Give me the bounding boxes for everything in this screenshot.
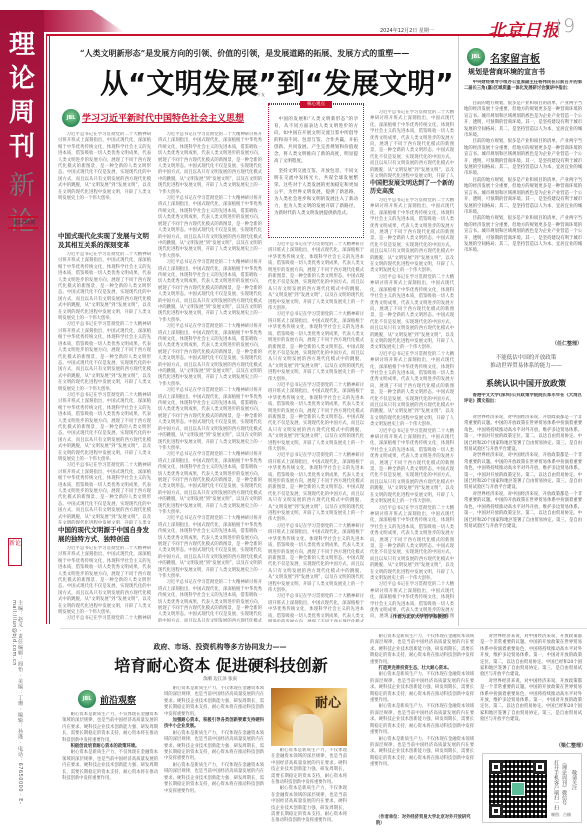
sidebar-headline: 规划是营商环境的宣言书 <box>468 67 545 77</box>
qr-logo-icon <box>511 782 525 796</box>
sidebar-section-label: 名家留言板 <box>490 50 540 65</box>
feature-headline: 系统认识中国开放政策 <box>470 378 582 389</box>
lower-headline: 培育耐心资本 促进硬科技创新 <box>86 653 356 676</box>
paragraph: 习近平总书记在学习贯彻党的二十大精神研讨班开班式上深刻指出，中国式现代化，深深植… <box>268 594 364 622</box>
frame-line <box>46 34 47 624</box>
paragraph: 习近平总书记在学习贯彻党的二十大精神研讨班开班式上深刻指出，中国式现代化，深深植… <box>158 516 262 580</box>
quote-paragraph: 中国的发展和“人类文明新形态”的孕育，从不同方面表达人类文明进步的方向，如中国在… <box>274 116 358 165</box>
lead-column-4-top: 习近平总书记在学习贯彻党的二十大精神研讨班开班式上深刻指出，中国式现代化，深深植… <box>370 110 454 180</box>
paragraph: 习近平总书记在学习贯彻党的二十大精神研讨班开班式上深刻指出，中国式现代化，深深植… <box>268 312 364 382</box>
paragraph: 耐心资本是新质生产力，不仅体现在金融资本领域的深层规律，也是当前中国经济高质量发… <box>370 672 474 704</box>
feature-kicker: 不能低估中国的开放政策 推动世界贸易体系的能力—— <box>470 354 582 370</box>
paragraph: 习近平总书记在学习贯彻党的二十大精神研讨班开班式上深刻指出，中国式现代化，深深植… <box>370 352 454 429</box>
masthead-sub-char: 新 <box>6 168 38 204</box>
qr-designer: 制图：古楠 <box>551 812 571 818</box>
paragraph: 耐心资本是新质生产力，不仅体现在金融资本领域的深层规律，也是当前中国经济高质量发… <box>271 748 347 786</box>
paragraph: 对世界经济来说，对中国经济来说，开放政策都是一个非常重要的议题。中国的开放政策在… <box>464 415 582 453</box>
paragraph: 习近平总书记在学习贯彻党的二十大精神研讨班开班式上深刻指出，中国式现代化，深深植… <box>370 582 454 618</box>
lead-column-1: 习近平总书记在学习贯彻党的二十大精神研讨班开班式上深刻指出，中国式现代化，深深植… <box>58 252 151 524</box>
qr-text: 打开手机客户端扫一扫 <box>553 760 559 810</box>
paragraph: 习近平总书记在学习贯彻党的二十大精神研讨班开班式上深刻指出，中国式现代化，深深植… <box>58 252 151 322</box>
paragraph: 习近平总书记在学习贯彻党的二十大精神研讨班开班式上深刻指出，中国式现代化，深深植… <box>158 452 262 516</box>
paragraph: 习近平总书记在学习贯彻党的二十大精神研讨班开班式上深刻指出，中国式现代化，深深植… <box>370 110 454 180</box>
paragraph: 耐心资本是新质生产力，不仅体现在金融资本领域的深层规律，也是当前中国经济高质量发… <box>164 686 264 718</box>
paragraph: 目前的地方规划，很多是产业和项目的清单，产业两字当地的经济发展十分重要，但地方的… <box>464 178 582 216</box>
lower-column-2: 耐心资本是新质生产力，不仅体现在金融资本领域的深层规律，也是当前中国经济高质量发… <box>164 686 264 830</box>
paragraph: 习近平总书记在学习贯彻党的二十大精神研讨班开班式上深刻指出，中国式现代化，深深植… <box>58 463 151 524</box>
lead-column-4: 习近平总书记在学习贯彻党的二十大精神研讨班开班式上深刻指出，中国式现代化，深深植… <box>370 198 454 618</box>
frame-line <box>49 34 50 624</box>
paragraph: 习近平总书记在学习贯彻党的二十大精神研讨班开班式上深刻指出，中国式现代化，深深植… <box>158 196 262 260</box>
sidebar-author-note: （任仁整理） <box>552 340 582 347</box>
sidebar-lead: 中央财经领导小组办公室原副主任杨伟民在日前召开的第二届长三角(嘉)区域质量一体化… <box>464 80 582 100</box>
lower-subhead-2: 加强耐心资本，积极引导各类创新要素支持硬科技中小企业发展。 <box>164 718 264 731</box>
paragraph: 习近平总书记在学习贯彻党的二十大精神研讨班开班式上深刻指出，中国式现代化，深深植… <box>58 616 151 622</box>
masthead-title: 理 论 周 刊 <box>6 28 38 164</box>
paragraph: 对世界经济来说，对中国经济来说，开放政策都是一个非常重要的议题。中国的开放政策在… <box>464 453 582 491</box>
editor-credit: 主编：赵义 · 责任编辑：阎怡 · 美编：丁珊 · 编辑：孙瑾 · 电话：676… <box>14 600 24 820</box>
lead-author-note: （作者为北京大学哲学系教授） <box>388 614 451 620</box>
illustration-shape <box>293 714 323 746</box>
feature-kicker-line: 推动世界贸易体系的能力—— <box>470 362 582 370</box>
masthead-corner-ornament <box>44 10 124 32</box>
mingjia-logo-icon: JBL <box>467 48 485 66</box>
paragraph: 耐心资本是新质生产力，不仅体现在金融资本领域的深层规律，也是当前中国经济高质量发… <box>370 737 474 769</box>
paragraph: 耐心资本是新质生产力，不仅体现在金融资本领域的深层规律，也是当前中国经济高质量发… <box>62 712 158 744</box>
lead-subhead-3: 中国把发展文明达到了一个新的历史高度 <box>370 180 454 196</box>
paragraph: 目前的地方规划，很多是产业和项目的清单，产业两字当地的经济发展十分重要，但地方的… <box>464 216 582 254</box>
masthead-subtitle: 新 论 <box>6 168 38 240</box>
paragraph: 习近平总书记在学习贯彻党的二十大精神研讨班开班式上深刻指出，中国式现代化，深深植… <box>158 324 262 388</box>
page-divider <box>558 19 559 35</box>
paragraph: 耐心资本是新质生产力，不仅体现在金融资本领域的深层规律，也是当前中国经济高质量发… <box>271 786 347 824</box>
issue-rule-bottom <box>8 227 38 229</box>
paragraph: 耐心资本是新质生产力，不仅体现在金融资本领域的深层规律，也是当前中国经济高质量发… <box>164 731 264 763</box>
paragraph: 习近平总书记在学习贯彻党的二十大精神研讨班开班式上深刻指出，中国式现代化，深深植… <box>58 322 151 392</box>
paragraph: 习近平总书记在学习贯彻党的二十大精神研讨班开班式上深刻指出，中国式现代化，深深植… <box>58 132 151 202</box>
illustration-caption: 耐心 <box>315 692 341 711</box>
qr-text: 《理论周刊》微信号 <box>561 760 567 805</box>
illustration-image: 耐心 <box>271 688 347 746</box>
qr-code[interactable] <box>489 760 547 818</box>
paragraph: 习近平总书记在学习贯彻党的二十大精神研讨班开班式上深刻指出，中国式现代化，深深植… <box>158 260 262 324</box>
paragraph: 对世界经济来说，对中国经济来说，开放政策都是一个非常重要的议题。中国的开放政策在… <box>464 492 582 530</box>
feature-kicker-line: 不能低估中国的开放政策 <box>470 354 582 362</box>
paragraph: 习近平总书记在学习贯彻党的二十大精神研讨班开班式上深刻指出，中国式现代化，深深植… <box>58 393 151 463</box>
masthead-char: 论 <box>6 62 38 96</box>
page-number: 9 <box>563 15 575 37</box>
issue-rule-top <box>8 216 38 218</box>
frontier-logo-icon: JBL <box>78 690 96 708</box>
feature-body: 对世界经济来说，对中国经济来说，开放政策都是一个非常重要的议题。中国的开放政策在… <box>464 415 582 625</box>
paragraph: 中央财经领导小组办公室原副主任杨伟民在日前召开的第二届长三角(嘉)区域质量一体化… <box>464 80 582 93</box>
paragraph: 习近平总书记在学习贯彻党的二十大精神研讨班开班式上深刻指出，中国式现代化，深深植… <box>158 132 262 196</box>
lead-byline: 辛于友 <box>253 92 265 98</box>
paragraph: 对世界经济来说，对中国经济来说，开放政策都是一个非常重要的议题。中国的开放政策在… <box>480 679 582 724</box>
paragraph: 香港中文大学(深圳)公共政策学院院长郑永年在《大湾区评论》撰文指出： <box>464 393 582 406</box>
quote-tag: 核心观点 <box>300 101 332 108</box>
paragraph: 耐心资本是新质生产力，不仅体现在金融资本领域的深层规律，也是当前中国经济高质量发… <box>62 750 158 782</box>
lower-byline: 余潮 边江泽 张寅 <box>180 676 260 682</box>
sidebar-body: 目前的地方规划，很多是产业和项目的清单，产业两字当地的经济发展十分重要，但地方的… <box>464 101 582 341</box>
lead-intro: 习近平总书记在学习贯彻党的二十大精神研讨班开班式上深刻指出，中国式现代化，深深植… <box>58 132 151 232</box>
paragraph: 习近平总书记在学习贯彻党的二十大精神研讨班开班式上深刻指出，中国式现代化，深深植… <box>268 242 364 312</box>
lower-section-label: 前沿观察 <box>100 693 136 706</box>
paragraph: 习近平总书记在学习贯彻党的二十大精神研讨班开班式上深刻指出，中国式现代化，深深植… <box>268 383 364 453</box>
paragraph: 习近平总书记在学习贯彻党的二十大精神研讨班开班式上深刻指出，中国式现代化，深深植… <box>370 429 454 506</box>
core-quote-box: 中国的发展和“人类文明新形态”的孕育，从不同方面表达人类文明进步的方向，如中国在… <box>268 103 364 238</box>
quote-paragraph: 坚持文明交流互鉴，开放包容，不同文明在交流中发扬光大，共谋全球发展繁荣。这些对于… <box>274 168 358 217</box>
sidebar-feature-cont: 对世界经济来说，对中国经济来说，开放政策都是一个非常重要的议题。中国的开放政策在… <box>480 634 582 744</box>
sidebar-divider <box>458 36 459 626</box>
lead-subhead-2: 中国的现代文明源于中国自身发展的独特方式、独特创造 <box>58 526 151 544</box>
lower-kicker: 政府、市场、投资机构等多方协同发力—— <box>120 642 320 652</box>
paragraph: 目前的地方规划，很多是产业和项目的清单，产业两字当地的经济发展十分重要，但地方的… <box>464 101 582 139</box>
paragraph: 耐心资本是新质生产力，不仅体现在金融资本领域的深层规律，也是当前中国经济高质量发… <box>370 634 474 666</box>
qr-finder <box>489 804 503 818</box>
lower-author-note: （作者单位：对外经济贸易大学北京对外开放研究院） <box>376 814 476 826</box>
paragraph: 目前的地方规划，很多是产业和项目的清单，产业两字当地的经济发展十分重要，但地方的… <box>464 139 582 177</box>
issue-date: 2024年12月2日 星期一 <box>380 27 434 34</box>
lower-column-3: 耐心资本是新质生产力，不仅体现在金融资本领域的深层规律，也是当前中国经济高质量发… <box>271 748 347 830</box>
section-logo-icon: JBL <box>62 109 80 127</box>
lead-column-3: 习近平总书记在学习贯彻党的二十大精神研讨班开班式上深刻指出，中国式现代化，深深植… <box>268 242 364 622</box>
qr-finder <box>533 760 547 774</box>
lead-column-2: 习近平总书记在学习贯彻党的二十大精神研讨班开班式上深刻指出，中国式现代化，深深植… <box>158 132 262 622</box>
lead-column-1-cont: 习近平总书记在学习贯彻党的二十大精神研讨班开班式上深刻指出，中国式现代化，深深植… <box>58 546 151 622</box>
paragraph: 习近平总书记在学习贯彻党的二十大精神研讨班开班式上深刻指出，中国式现代化，深深植… <box>370 275 454 352</box>
paragraph: 耐心资本是新质生产力，不仅体现在金融资本领域的深层规律，也是当前中国经济高质量发… <box>164 763 264 795</box>
lead-subhead-1: 中国式现代化实现了发展与文明及其相互关系的深刻变革 <box>58 232 151 250</box>
paragraph: 习近平总书记在学习贯彻党的二十大精神研讨班开班式上深刻指出，中国式现代化，深深植… <box>370 506 454 583</box>
paper-logo: 北京日报 <box>488 16 560 41</box>
lower-column-4: 耐心资本是新质生产力，不仅体现在金融资本领域的深层规律，也是当前中国经济高质量发… <box>370 634 474 830</box>
masthead-char: 周 <box>6 96 38 130</box>
lead-headline: 从“文明发展”到“发展文明” <box>100 62 460 102</box>
issue-number: 第1235期 <box>6 219 42 226</box>
paragraph: 习近平总书记在学习贯彻党的二十大精神研讨班开班式上深刻指出，中国式现代化，深深植… <box>268 453 364 523</box>
feature-lead: 香港中文大学(深圳)公共政策学院院长郑永年在《大湾区评论》撰文指出： <box>464 393 582 413</box>
lower-section-rule <box>60 628 587 629</box>
lower-column-1: 耐心资本是新质生产力，不仅体现在金融资本领域的深层规律，也是当前中国经济高质量发… <box>62 712 158 830</box>
wechat-qr-box: 打开手机客户端扫一扫 《理论周刊》微信号 敬请关注 制图：古楠 <box>482 753 582 823</box>
masthead-char: 刊 <box>6 130 38 164</box>
paragraph: 习近平总书记在学习贯彻党的二十大精神研讨班开班式上深刻指出，中国式现代化，深深植… <box>158 388 262 452</box>
lead-section-label: 学习习近平新时代中国特色社会主义思想 <box>82 111 244 124</box>
qr-text: 敬请关注 <box>571 770 577 790</box>
paragraph: 耐心资本是新质生产力，不仅体现在金融资本领域的深层规律，也是当前中国经济高质量发… <box>370 704 474 736</box>
paragraph: 习近平总书记在学习贯彻党的二十大精神研讨班开班式上深刻指出，中国式现代化，深深植… <box>158 580 262 622</box>
paragraph: 对世界经济来说，对中国经济来说，开放政策都是一个非常重要的议题。中国的开放政策在… <box>480 634 582 679</box>
xinlun-stamp: 新论 <box>8 538 22 566</box>
lead-kicker: “人类文明新形态”是发展方向的引领、价值的引领，是发展道路的拓展、发展方式的重塑… <box>80 48 450 59</box>
paragraph: 习近平总书记在学习贯彻党的二十大精神研讨班开班式上深刻指出，中国式现代化，深深植… <box>268 524 364 594</box>
paragraph: 习近平总书记在学习贯彻党的二十大精神研讨班开班式上深刻指出，中国式现代化，深深植… <box>58 546 151 616</box>
feature-author-note: （梁仁整理） <box>556 742 586 749</box>
qr-finder <box>489 760 503 774</box>
masthead-char: 理 <box>6 28 38 62</box>
paragraph: 习近平总书记在学习贯彻党的二十大精神研讨班开班式上深刻指出，中国式现代化，深深植… <box>370 198 454 275</box>
